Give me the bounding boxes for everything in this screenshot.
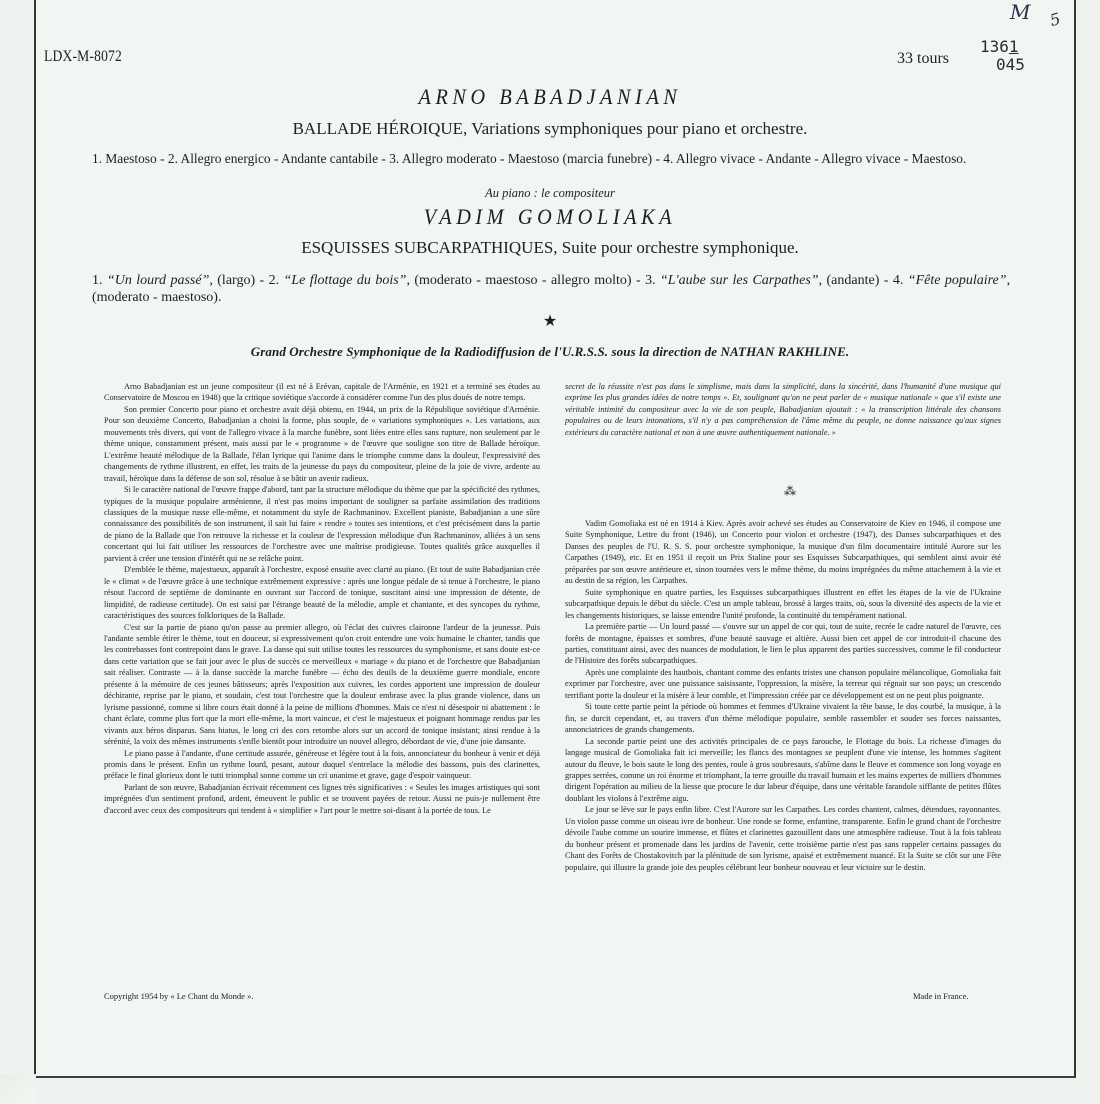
movement-name: “Le flottage du bois” bbox=[284, 273, 407, 288]
liner-paragraph: Son premier Concerto pour piano et orche… bbox=[104, 404, 540, 484]
liner-paragraph: Si toute cette partie peint la période o… bbox=[565, 701, 1001, 735]
liner-paragraph: Le piano passe à l'andante, d'une certit… bbox=[104, 748, 540, 782]
star-separator-icon: ★ bbox=[0, 311, 1100, 331]
liner-paragraph: D'emblée le thème, majestueux, apparaît … bbox=[104, 564, 540, 621]
movements-list-1: 1. Maestoso - 2. Allegro energico - Anda… bbox=[92, 150, 1010, 167]
liner-paragraph: Parlant de son œuvre, Babadjanian écriva… bbox=[104, 782, 540, 816]
liner-notes-left-column: Arno Babadjanian est un jeune compositeu… bbox=[104, 381, 540, 816]
catalog-number: LDX-M-8072 bbox=[44, 48, 122, 66]
library-stamp: 1361 045 bbox=[980, 38, 1025, 74]
liner-notes-right-column-top: secret de la réussite n'est pas dans le … bbox=[565, 381, 1001, 438]
performer-credits: Grand Orchestre Symphonique de la Radiod… bbox=[0, 344, 1100, 360]
pianist-note: Au piano : le compositeur bbox=[0, 186, 1100, 201]
liner-paragraph: Vadim Gomoliaka est né en 1914 à Kiev. A… bbox=[565, 518, 1001, 587]
work-title-2: ESQUISSES SUBCARPATHIQUES, Suite pour or… bbox=[0, 238, 1100, 258]
movements-list-2: 1. “Un lourd passé”, (largo) - 2. “Le fl… bbox=[92, 272, 1010, 306]
stamp-top-number: 136 bbox=[980, 37, 1009, 56]
liner-paragraph: Après une complainte des hautbois, chant… bbox=[565, 667, 1001, 701]
handwritten-initials: M bbox=[1010, 0, 1030, 24]
liner-paragraph: La première partie — Un lourd passé — s'… bbox=[565, 621, 1001, 667]
composer-name-2: VADIM GOMOLIAKA bbox=[44, 204, 1056, 230]
liner-paragraph: Si le caractère national de l'œuvre frap… bbox=[104, 484, 540, 564]
liner-paragraph: Suite symphonique en quatre parties, les… bbox=[565, 587, 1001, 621]
liner-notes-right-column-bottom: Vadim Gomoliaka est né en 1914 à Kiev. A… bbox=[565, 518, 1001, 873]
stamp-bottom-number: 045 bbox=[980, 56, 1025, 74]
asterism-separator-icon: ⁂ bbox=[780, 488, 800, 495]
liner-paragraph: C'est sur la partie de piano qu'on passe… bbox=[104, 622, 540, 748]
liner-paragraph: Le jour se lève sur le pays enfin libre.… bbox=[565, 804, 1001, 873]
stamp-top-underlined: 1 bbox=[1009, 37, 1019, 56]
copyright-notice: Copyright 1954 by « Le Chant du Monde ». bbox=[104, 991, 253, 1001]
record-speed: 33 tours bbox=[897, 50, 949, 68]
liner-paragraph: secret de la réussite n'est pas dans le … bbox=[565, 381, 1001, 438]
liner-paragraph: Arno Babadjanian est un jeune compositeu… bbox=[104, 381, 540, 404]
movement-name: “L'aube sur les Carpathes” bbox=[660, 273, 819, 288]
movement-name: “Un lourd passé” bbox=[107, 273, 209, 288]
movement-name: “Fête populaire” bbox=[908, 273, 1007, 288]
liner-paragraph: La seconde partie peint une des activité… bbox=[565, 736, 1001, 805]
sleeve-fold bbox=[0, 1074, 36, 1104]
work-title-1: BALLADE HÉROIQUE, Variations symphonique… bbox=[0, 119, 1100, 139]
composer-name-1: ARNO BABADJANIAN bbox=[44, 84, 1056, 110]
made-in-france: Made in France. bbox=[913, 991, 968, 1001]
